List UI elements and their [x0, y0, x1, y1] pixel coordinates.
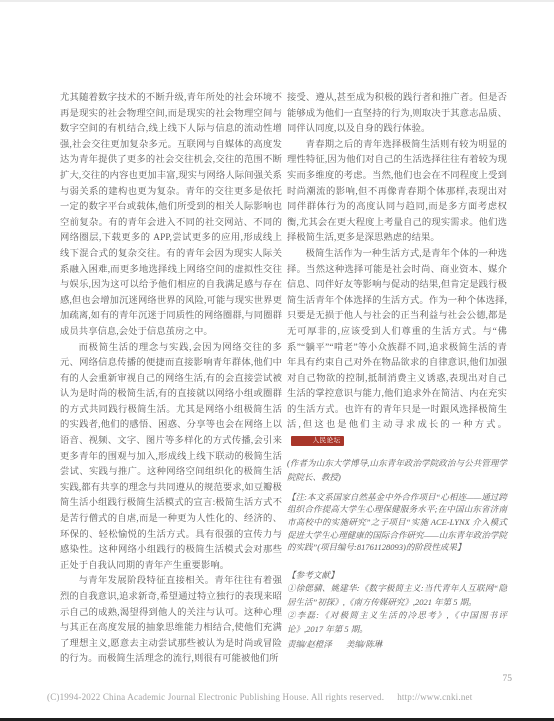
right-text-column: 接受、遵从,甚至成为积极的践行者和推广者。但是否能够成为他们一直坚持的行为,则取… — [287, 91, 507, 652]
page-top-edge — [0, 0, 554, 2]
copyright-notice: (C)1994-2022 China Academic Journal Elec… — [47, 692, 384, 702]
paragraph: 尤其随着数字技术的不断升级,青年所处的社会环境不再是现实的社会物理空间,而是现实… — [60, 91, 282, 341]
reference-item: ①徐偲骕、姚建华:《数字极简主义:当代青年人互联网“隐居生活”初探》,《南方传媒… — [287, 582, 507, 609]
references-header: 【参考文献】 — [287, 569, 507, 583]
art-editor: 美编/陈琳 — [346, 639, 382, 649]
reference-item: ②李磊:《对极简主义生活的冷思考》,《中国图书评论》,2017 年第 5 期。 — [287, 609, 507, 636]
paragraph: 而极简生活的理念与实践,会因为网络交往的多元、网络信息传播的便捷而直接影响青年群… — [60, 341, 282, 575]
paragraph: 接受、遵从,甚至成为积极的践行者和推广者。但是否能够成为他们一直坚持的行为,则取… — [287, 91, 507, 138]
people-tribune-badge: 人民论坛 — [291, 436, 344, 446]
left-text-column: 尤其随着数字技术的不断升级,青年所处的社会环境不再是现实的社会物理空间,而是现实… — [60, 91, 282, 668]
page-number: 75 — [503, 674, 513, 684]
paragraph: 极简生活作为一种生活方式,是青年个体的一种选择。当然这种选择可能是社会时尚、商业… — [287, 247, 507, 450]
paragraph: 与青年发展阶段特征直接相关。青年往往有着强烈的自我意识,追求新奇,希望通过特立独… — [60, 574, 282, 668]
author-note: (作者为山东大学博导,山东青年政治学院政治与公共管理学院院长、教授) — [287, 456, 507, 485]
editors-line: 责编/赵橙泽美编/陈琳 — [287, 638, 507, 652]
paragraph-text: 极简生活作为一种生活方式,是青年个体的一种选择。当然这种选择可能是社会时尚、商业… — [287, 249, 507, 431]
responsible-editor: 责编/赵橙泽 — [287, 639, 332, 649]
paragraph: 青春期之后的青年选择极简生活则有较为明显的理性特征,因为他们对自己的生活选择往往… — [287, 138, 507, 247]
journal-page: 尤其随着数字技术的不断升级,青年所处的社会环境不再是现实的社会物理空间,而是现实… — [0, 0, 554, 721]
footer: (C)1994-2022 China Academic Journal Elec… — [47, 692, 472, 702]
funding-note: 【注:本文系国家自然基金中外合作项目“心相连——通过跨组织合作提高大学生心理保健… — [287, 491, 507, 554]
cnki-url: http://www.cnki.net — [397, 692, 472, 702]
